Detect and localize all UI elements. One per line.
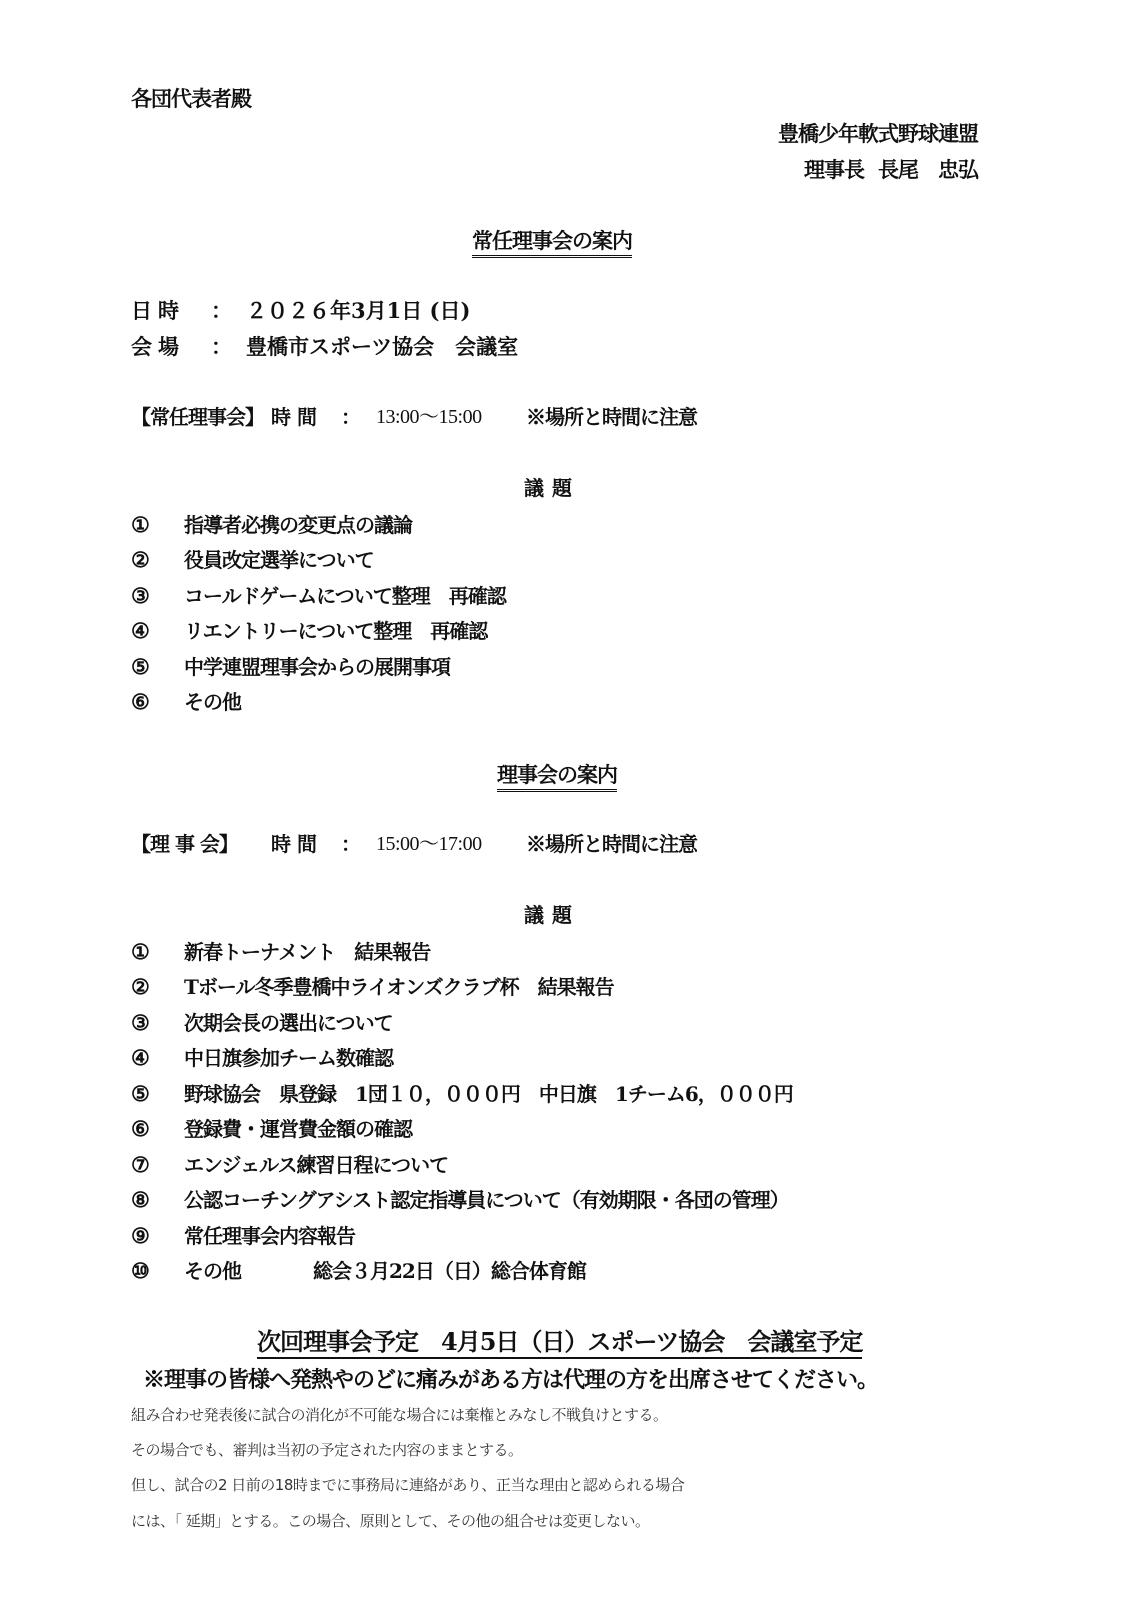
agenda-number: ④ bbox=[131, 1046, 184, 1070]
rule-note: 但し、試合の2 日前の18時までに事務局に連絡があり、正当な理由と認められる場合 bbox=[131, 1475, 684, 1495]
date-row: 日時 ： ２０２６年3月1日 (日) bbox=[131, 298, 470, 324]
standing-meeting-title: 常任理事会の案内 bbox=[472, 228, 632, 258]
standing-meeting-title-text: 常任理事会の案内 bbox=[472, 228, 632, 258]
agenda-text: 野球協会 県登録 1団１０，０００円 中日旗 1チーム6，０００円 bbox=[184, 1082, 793, 1106]
chair-name: 長尾 忠弘 bbox=[878, 157, 978, 182]
health-warning: ※理事の皆様へ発熱やのどに痛みがある方は代理の方を出席させてください。 bbox=[143, 1366, 878, 1394]
agenda-text: リエントリーについて整理 再確認 bbox=[184, 619, 487, 643]
agenda-text: 中学連盟理事会からの展開事項 bbox=[184, 655, 450, 679]
venue-row: 会場 ： 豊橋市スポーツ協会 会議室 bbox=[131, 334, 518, 360]
rule-note: 組み合わせ発表後に試合の消化が不可能な場合には棄権とみなし不戦負けとする。 bbox=[131, 1405, 668, 1425]
agenda-number: ① bbox=[131, 513, 184, 537]
date-label: 日時 bbox=[131, 298, 211, 324]
agenda-text: 指導者必携の変更点の議論 bbox=[184, 513, 412, 537]
venue-label: 会場 bbox=[131, 334, 211, 360]
chair-title: 理事長 bbox=[804, 157, 864, 182]
standing-session-tag: 【常任理事会】 bbox=[131, 405, 271, 429]
agenda-item: ③次期会長の選出について bbox=[131, 1005, 793, 1041]
agenda-text: 中日旗参加チーム数確認 bbox=[184, 1046, 393, 1070]
chairperson: 理事長長尾 忠弘 bbox=[804, 157, 978, 183]
time-value: 15:00～17:00 bbox=[376, 832, 526, 856]
agenda-item: ①新春トーナメント 結果報告 bbox=[131, 934, 793, 970]
rule-note: その場合でも、審判は当初の予定された内容のままとする。 bbox=[131, 1440, 523, 1460]
agenda-number: ⑧ bbox=[131, 1188, 184, 1212]
agenda-heading: 議題 bbox=[524, 476, 580, 500]
agenda-item: ⑥登録費・運営費金額の確認 bbox=[131, 1112, 793, 1148]
agenda-item: ②Tボール冬季豊橋中ライオンズクラブ杯 結果報告 bbox=[131, 970, 793, 1006]
board-agenda-list: ①新春トーナメント 結果報告 ②Tボール冬季豊橋中ライオンズクラブ杯 結果報告 … bbox=[131, 934, 793, 1289]
agenda-number: ⑥ bbox=[131, 690, 184, 714]
next-meeting-notice: 次回理事会予定 4月5日（日）スポーツ協会 会議室予定 bbox=[257, 1327, 862, 1359]
standing-agenda-list: ①指導者必携の変更点の議論 ②役員改定選挙について ③コールドゲームについて整理… bbox=[131, 507, 506, 720]
agenda-text: 新春トーナメント 結果報告 bbox=[184, 940, 430, 964]
agenda-text: 役員改定選挙について bbox=[184, 548, 374, 572]
board-time-row: 【理 事 会】 時間 ： 15:00～17:00 ※場所と時間に注意 bbox=[131, 832, 697, 856]
agenda-text: エンジェルス練習日程について bbox=[184, 1153, 448, 1177]
organization-name: 豊橋少年軟式野球連盟 bbox=[778, 121, 978, 147]
standing-time-row: 【常任理事会】 時間 ： 13:00～15:00 ※場所と時間に注意 bbox=[131, 405, 697, 429]
agenda-item: ⑥その他 bbox=[131, 685, 506, 721]
agenda-item: ④リエントリーについて整理 再確認 bbox=[131, 614, 506, 650]
agenda-item: ④中日旗参加チーム数確認 bbox=[131, 1041, 793, 1077]
agenda-item: ⑨常任理事会内容報告 bbox=[131, 1218, 793, 1254]
agenda-item: ②役員改定選挙について bbox=[131, 543, 506, 579]
agenda-text: その他 bbox=[184, 690, 241, 714]
agenda-item: ⑦エンジェルス練習日程について bbox=[131, 1147, 793, 1183]
addressee: 各団代表者殿 bbox=[131, 86, 251, 112]
general-meeting-note: 総会３月22日（日）総合体育館 bbox=[313, 1259, 586, 1283]
date-colon: ： bbox=[211, 298, 246, 324]
agenda-number: ⑤ bbox=[131, 655, 184, 679]
agenda-number: ⑥ bbox=[131, 1117, 184, 1141]
time-note: ※場所と時間に注意 bbox=[526, 405, 697, 429]
agenda-item: ⑩その他総会３月22日（日）総合体育館 bbox=[131, 1254, 793, 1290]
agenda-item: ⑤中学連盟理事会からの展開事項 bbox=[131, 649, 506, 685]
agenda-text: 公認コーチングアシスト認定指導員について（有効期限・各団の管理） bbox=[184, 1188, 789, 1212]
board-meeting-title-text: 理事会の案内 bbox=[497, 762, 617, 792]
agenda-number: ② bbox=[131, 548, 184, 572]
agenda-text: コールドゲームについて整理 再確認 bbox=[184, 584, 506, 608]
agenda-number: ⑨ bbox=[131, 1224, 184, 1248]
date-value: ２０２６年3月1日 (日) bbox=[246, 298, 470, 324]
rule-note: には、「 延期」とする。この場合、原則として、その他の組合せは変更しない。 bbox=[131, 1511, 649, 1531]
board-session-tag: 【理 事 会】 bbox=[131, 832, 271, 856]
time-value: 13:00～15:00 bbox=[376, 405, 526, 429]
agenda-number: ④ bbox=[131, 619, 184, 643]
agenda-text: Tボール冬季豊橋中ライオンズクラブ杯 結果報告 bbox=[184, 975, 614, 999]
agenda-number: ⑤ bbox=[131, 1082, 184, 1106]
time-colon: ： bbox=[341, 832, 376, 856]
agenda-number: ⑩ bbox=[131, 1259, 184, 1283]
agenda-text: 登録費・運営費金額の確認 bbox=[184, 1117, 412, 1141]
agenda-item: ①指導者必携の変更点の議論 bbox=[131, 507, 506, 543]
agenda-number: ① bbox=[131, 940, 184, 964]
time-label: 時間 bbox=[271, 832, 341, 856]
agenda-number: ③ bbox=[131, 1011, 184, 1035]
agenda-number: ② bbox=[131, 975, 184, 999]
agenda-number: ③ bbox=[131, 584, 184, 608]
time-note: ※場所と時間に注意 bbox=[526, 832, 697, 856]
agenda-number: ⑦ bbox=[131, 1153, 184, 1177]
board-meeting-title: 理事会の案内 bbox=[497, 762, 617, 792]
agenda-item: ③コールドゲームについて整理 再確認 bbox=[131, 578, 506, 614]
agenda-text: 常任理事会内容報告 bbox=[184, 1224, 355, 1248]
agenda-item: ⑧公認コーチングアシスト認定指導員について（有効期限・各団の管理） bbox=[131, 1183, 793, 1219]
time-colon: ： bbox=[341, 405, 376, 429]
agenda-text: 次期会長の選出について bbox=[184, 1011, 393, 1035]
agenda-item: ⑤野球協会 県登録 1団１０，０００円 中日旗 1チーム6，０００円 bbox=[131, 1076, 793, 1112]
venue-value: 豊橋市スポーツ協会 会議室 bbox=[246, 334, 518, 360]
venue-colon: ： bbox=[211, 334, 246, 360]
time-label: 時間 bbox=[271, 405, 341, 429]
agenda-heading: 議題 bbox=[524, 903, 580, 927]
agenda-text: その他 bbox=[184, 1259, 241, 1283]
